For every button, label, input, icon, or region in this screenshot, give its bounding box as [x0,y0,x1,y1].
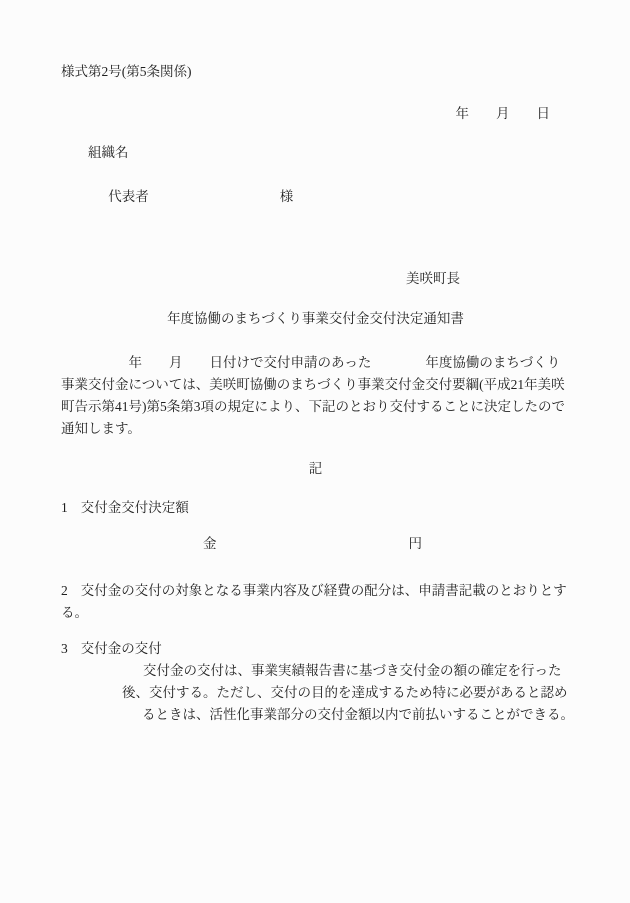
form-number: 様式第2号(第5条関係) [61,61,570,83]
item-1-heading: 1交付金交付決定額 [61,497,570,519]
item-2-text: 交付金の交付の対象となる事業内容及び経費の配分は、申請書記載のとおりとする。 [61,583,567,620]
issue-date-line: 年 月 日 [61,103,570,125]
amount-suffix: 円 [409,533,423,555]
item-3-body: 交付金の交付は、事業実績報告書に基づき交付金の額の確定を行った 後、交付する。た… [61,660,570,726]
item-3-number: 3 [61,641,68,656]
intro-paragraph: 年 月 日付けで交付申請のあった 年度協働のまちづくり事業交付金については、美咲… [61,352,570,440]
amount-prefix: 金 [203,536,217,551]
item-3-heading: 3交付金の交付 [61,638,570,660]
item-3-body-line: 後、交付する。ただし、交付の目的を達成するため特に必要があると認め [61,682,570,704]
addressee-honorific: 様 [280,186,294,208]
item-3-label: 交付金の交付 [81,641,162,656]
item-2-number: 2 [61,583,68,598]
item-3-body-line: るときは、活性化事業部分の交付金額以内で前払いすることができる。 [61,704,570,726]
sender-title: 美咲町長 [61,268,570,290]
document-title: 年度協働のまちづくり事業交付金交付決定通知書 [61,308,570,330]
item-2-paragraph: 2交付金の交付の対象となる事業内容及び経費の配分は、申請書記載のとおりとする。 [61,580,570,624]
record-marker: 記 [61,458,570,480]
item-1-number: 1 [61,500,68,515]
amount-line: 金円 [61,533,570,555]
item-3-body-line: 交付金の交付は、事業実績報告書に基づき交付金の額の確定を行った [61,660,570,682]
addressee-representative-line: 代表者様 [88,164,570,230]
document-page: 様式第2号(第5条関係) 年 月 日 組織名 代表者様 美咲町長 年度協働のまち… [0,0,630,903]
item-1-label: 交付金交付決定額 [81,500,189,515]
addressee-org-label: 組織名 [88,142,570,164]
addressee-representative-label: 代表者 [108,189,149,204]
addressee-block: 組織名 代表者様 [88,142,570,230]
